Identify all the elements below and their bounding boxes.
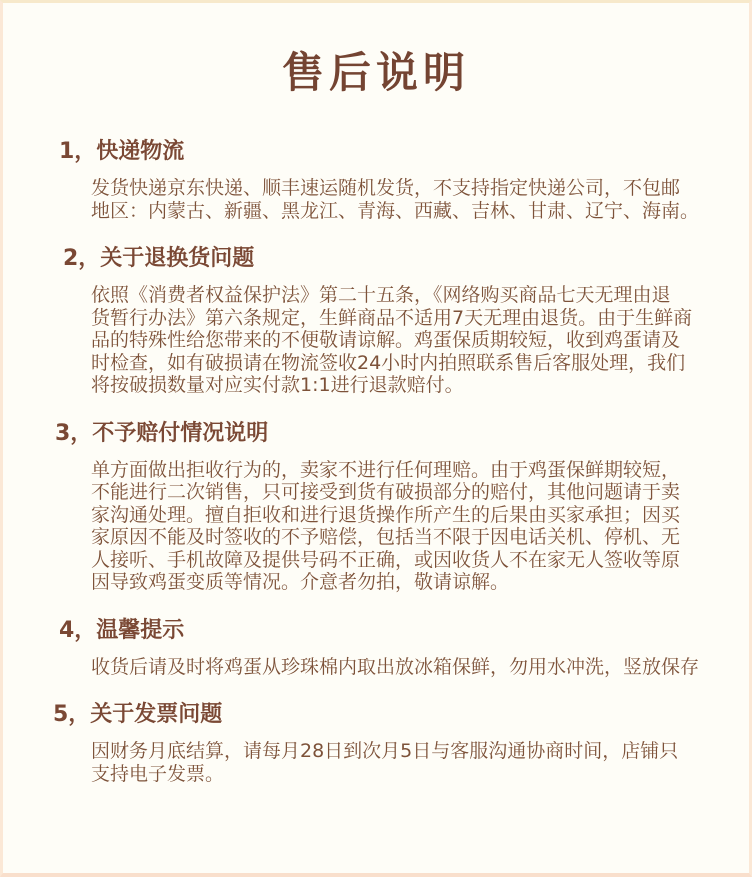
section-heading: 1，快递物流 [3, 139, 749, 164]
section-body: 发货快递京东快递、顺丰速运随机发货，不支持指定快递公司，不包邮 地区：内蒙古、新… [3, 177, 749, 222]
section-invoice: 5，关于发票问题 因财务月底结算，请每月28日到次月5日与客服沟通协商时间，店铺… [3, 702, 749, 785]
section-body: 收货后请及时将鸡蛋从珍珠棉内取出放冰箱保鲜，勿用水冲洗，竖放保存 [3, 656, 749, 679]
section-tips: 4，温馨提示 收货后请及时将鸡蛋从珍珠棉内取出放冰箱保鲜，勿用水冲洗，竖放保存 [3, 618, 749, 679]
section-heading: 2，关于退换货问题 [3, 246, 749, 271]
section-no-compensation: 3，不予赔付情况说明 单方面做出拒收行为的，卖家不进行任何理赔。由于鸡蛋保鲜期较… [3, 421, 749, 594]
section-returns: 2，关于退换货问题 依照《消费者权益保护法》第二十五条，《网络购买商品七天无理由… [3, 246, 749, 397]
section-body: 依照《消费者权益保护法》第二十五条，《网络购买商品七天无理由退 货暂行办法》第六… [3, 284, 749, 397]
sections-list: 1，快递物流 发货快递京东快递、顺丰速运随机发货，不支持指定快递公司，不包邮 地… [3, 139, 749, 785]
section-shipping: 1，快递物流 发货快递京东快递、顺丰速运随机发货，不支持指定快递公司，不包邮 地… [3, 139, 749, 222]
section-heading: 5，关于发票问题 [3, 702, 749, 727]
section-heading: 3，不予赔付情况说明 [3, 421, 749, 446]
section-body: 因财务月底结算，请每月28日到次月5日与客服沟通协商时间，店铺只 支持电子发票。 [3, 740, 749, 785]
aftersales-notice-page: 售后说明 1，快递物流 发货快递京东快递、顺丰速运随机发货，不支持指定快递公司，… [0, 0, 752, 877]
page-title: 售后说明 [3, 49, 749, 97]
section-heading: 4，温馨提示 [3, 618, 749, 643]
section-body: 单方面做出拒收行为的，卖家不进行任何理赔。由于鸡蛋保鲜期较短， 不能进行二次销售… [3, 459, 749, 594]
